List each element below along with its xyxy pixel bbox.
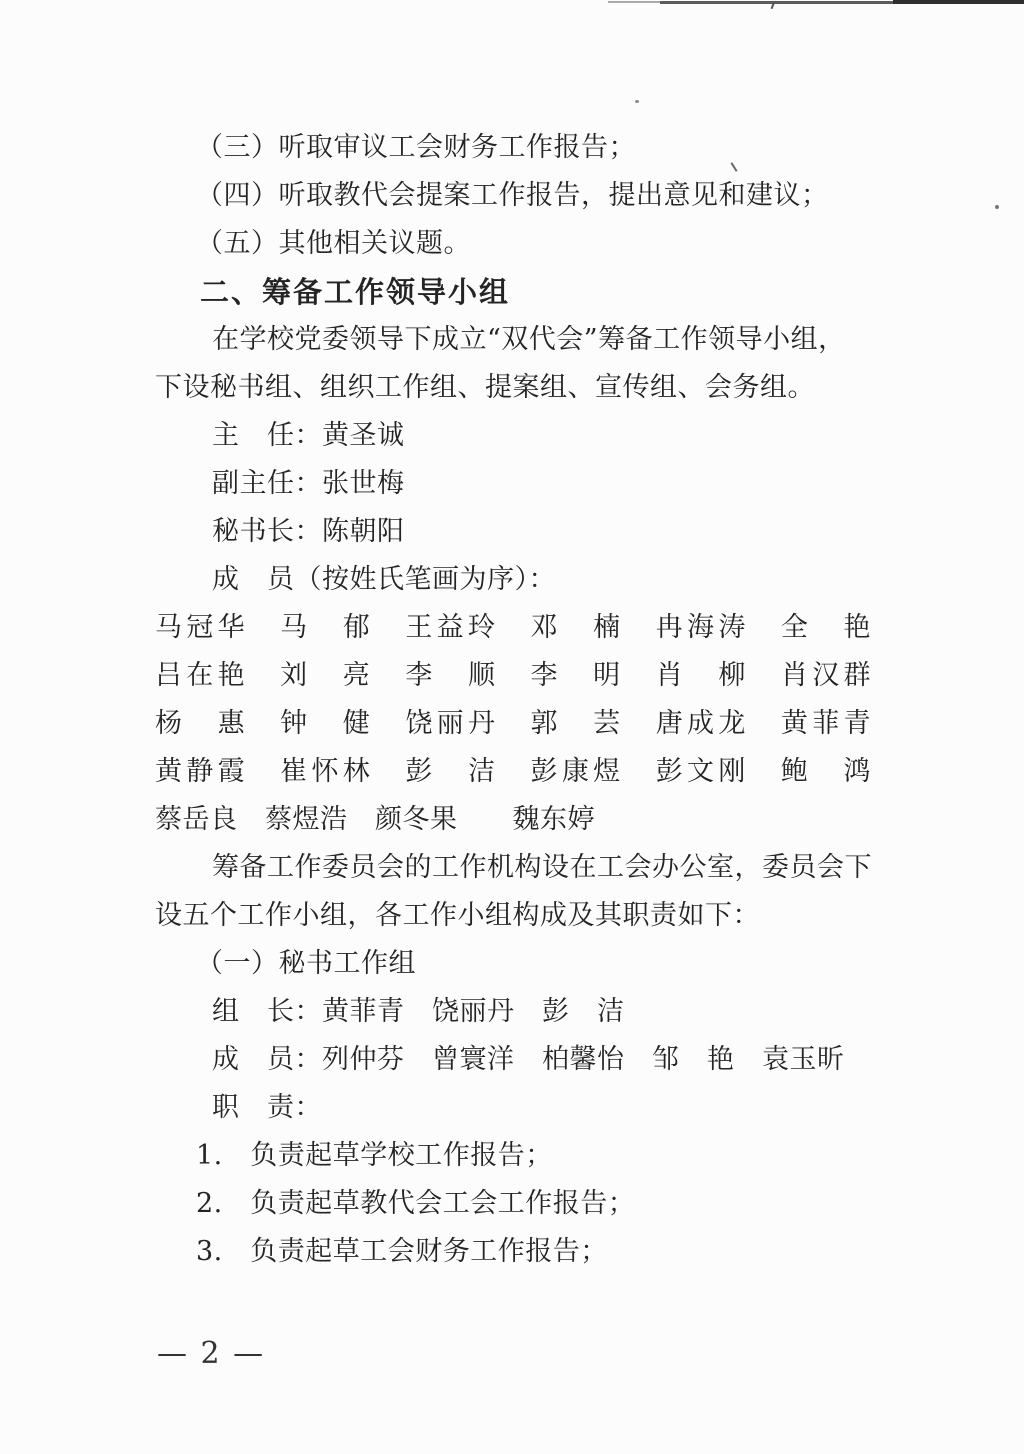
doc-line: 3. 负责起草工会财务工作报告； bbox=[155, 1228, 871, 1276]
doc-line: 吕在艳 刘 亮 李 顺 李 明 肖 柳 肖汉群 bbox=[155, 652, 871, 700]
scan-artifact-dot bbox=[995, 205, 999, 209]
doc-line: 黄静霞 崔怀林 彭 洁 彭康煜 彭文刚 鲍 鸿 bbox=[155, 748, 871, 796]
scan-artifact-top-strip bbox=[660, 1, 895, 4]
scan-artifact-top-strip-dark bbox=[893, 0, 1024, 4]
doc-line: 成 员：列仲芬 曾寰洋 柏馨怡 邹 艳 袁玉昕 bbox=[155, 1036, 871, 1084]
doc-line: 成 员（按姓氏笔画为序）： bbox=[155, 556, 871, 604]
doc-line: 职 责： bbox=[155, 1084, 871, 1132]
document-body: （三）听取审议工会财务工作报告；（四）听取教代会提案工作报告，提出意见和建议；（… bbox=[155, 124, 871, 1276]
doc-line: 主 任：黄圣诚 bbox=[155, 412, 871, 460]
doc-line: （三）听取审议工会财务工作报告； bbox=[155, 124, 871, 172]
doc-line: （五）其他相关议题。 bbox=[155, 220, 871, 268]
doc-line: 筹备工作委员会的工作机构设在工会办公室，委员会下 bbox=[155, 844, 871, 892]
doc-line: 2. 负责起草教代会工会工作报告； bbox=[155, 1180, 871, 1228]
page-number: — 2 — bbox=[157, 1336, 265, 1371]
doc-line: 马冠华 马 郁 王益玲 邓 楠 冉海涛 全 艳 bbox=[155, 604, 871, 652]
doc-line: 二、筹备工作领导小组 bbox=[155, 268, 871, 316]
scan-artifact-dot bbox=[635, 100, 639, 103]
doc-line: 设五个工作小组，各工作小组构成及其职责如下： bbox=[155, 892, 871, 940]
scan-artifact-top-strip-faint bbox=[608, 1, 668, 3]
doc-line: 1. 负责起草学校工作报告； bbox=[155, 1132, 871, 1180]
doc-line: 秘书长：陈朝阳 bbox=[155, 508, 871, 556]
doc-line: 杨 惠 钟 健 饶丽丹 郭 芸 唐成龙 黄菲青 bbox=[155, 700, 871, 748]
document-page: （三）听取审议工会财务工作报告；（四）听取教代会提案工作报告，提出意见和建议；（… bbox=[0, 0, 1024, 1454]
doc-line: 副主任：张世梅 bbox=[155, 460, 871, 508]
doc-line: 在学校党委领导下成立“双代会”筹备工作领导小组， bbox=[155, 316, 871, 364]
doc-line: （一）秘书工作组 bbox=[155, 940, 871, 988]
doc-line: （四）听取教代会提案工作报告，提出意见和建议； bbox=[155, 172, 871, 220]
doc-line: 下设秘书组、组织工作组、提案组、宣传组、会务组。 bbox=[155, 364, 871, 412]
doc-line: 蔡岳良 蔡煜浩 颜冬果 魏东婷 bbox=[155, 796, 871, 844]
doc-line: 组 长：黄菲青 饶丽丹 彭 洁 bbox=[155, 988, 871, 1036]
